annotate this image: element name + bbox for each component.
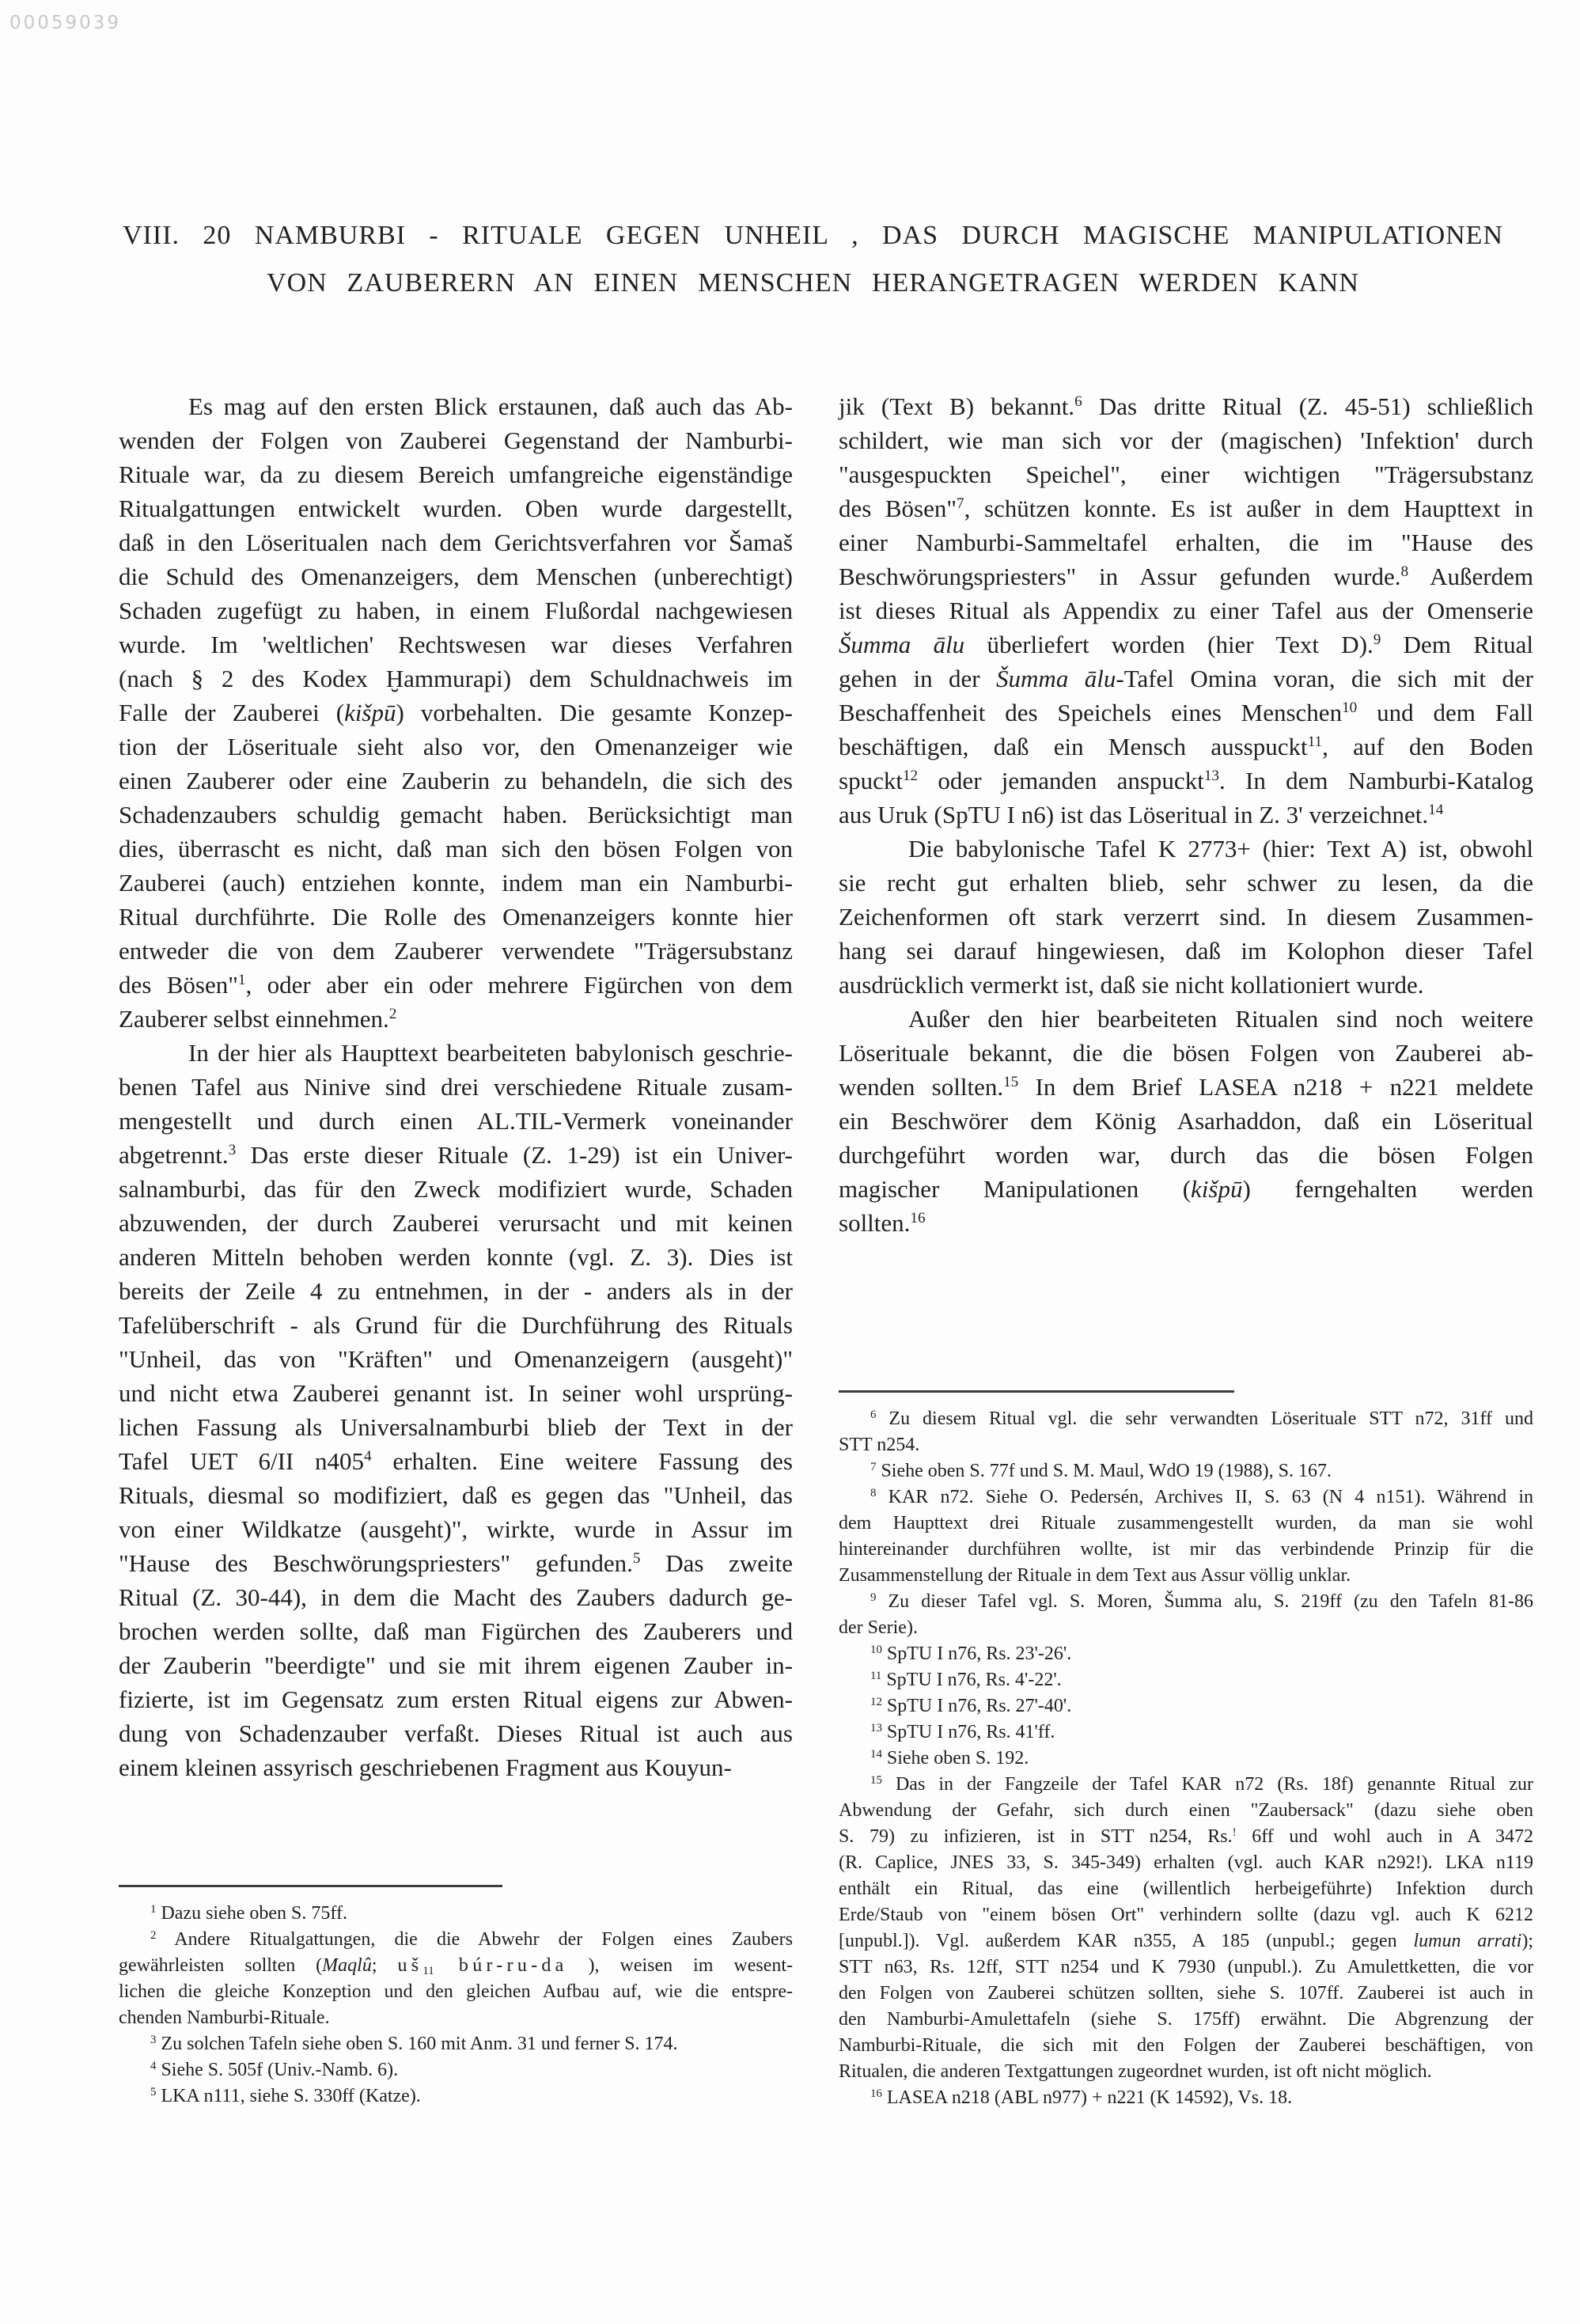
left-column-footnotes: 1 Dazu siehe oben S. 75ff.2 Andere Ritua… (119, 1901, 793, 2110)
text-line: hang sei darauf hingewiesen, daß im Kolo… (839, 934, 1533, 968)
footnote-line: dem Haupttext drei Rituale zusammengeste… (839, 1511, 1533, 1537)
footnote: 6 Zu diesem Ritual vgl. die sehr verwand… (839, 1406, 1533, 1458)
letterspaced-term: búr-ru-da (434, 1955, 568, 1976)
footnote: 3 Zu solchen Tafeln siehe oben S. 160 mi… (119, 2031, 793, 2057)
left-footnote-separator-rule (119, 1885, 502, 1887)
text-line: fizierte, ist im Gegensatz zum ersten Ri… (119, 1682, 793, 1716)
footnote-marker: ! (1233, 1826, 1237, 1839)
footnote-line: Erde/Staub von "einem bösen Ort" verhind… (839, 1902, 1533, 1928)
text-line: "ausgespuckten Speichel", einer wichtige… (839, 457, 1533, 491)
text-line: Ritual durchführte. Die Rolle des Omenan… (119, 900, 793, 934)
footnote: 5 LKA n111, siehe S. 330ff (Katze). (119, 2083, 793, 2110)
text-line: Beschaffenheit des Speichels eines Mensc… (839, 696, 1533, 730)
text-line: Die babylonische Tafel K 2773+ (hier: Te… (839, 832, 1533, 866)
footnote-line: 4 Siehe S. 505f (Univ.-Namb. 6). (119, 2057, 793, 2083)
text-line: "Unheil, das von "Kräften" und Omenanzei… (119, 1342, 793, 1376)
text-line: sie recht gut erhalten blieb, sehr schwe… (839, 866, 1533, 900)
title-line-2: VON ZAUBERERN AN EINEN MENSCHEN HERANGET… (123, 260, 1503, 307)
right-column-body: jik (Text B) bekannt.6 Das dritte Ritual… (839, 389, 1533, 1240)
text-line: die Schuld des Omenanzeigers, dem Mensch… (119, 559, 793, 593)
footnote-marker: 5 (150, 2086, 156, 2098)
footnote-line: 6 Zu diesem Ritual vgl. die sehr verwand… (839, 1406, 1533, 1432)
footnote-marker: 13 (870, 1722, 882, 1734)
footnote-line: Zusammenstellung der Rituale in dem Text… (839, 1563, 1533, 1589)
text-line: dung von Schadenzauber verfaßt. Dieses R… (119, 1716, 793, 1750)
text-line: einer Namburbi-Sammeltafel erhalten, die… (839, 525, 1533, 559)
footnote-line: gewährleisten sollten (Maqlû; uš11 búr-r… (119, 1953, 793, 1979)
title-line-1: VIII. 20 NAMBURBI - RITUALE GEGEN UNHEIL… (123, 212, 1503, 260)
footnote-marker: 6 (870, 1408, 876, 1421)
footnote-line: 7 Siehe oben S. 77f und S. M. Maul, WdO … (839, 1458, 1533, 1484)
footnote-marker: 8 (870, 1487, 876, 1499)
footnote-line: 11 SpTU I n76, Rs. 4'-22'. (839, 1667, 1533, 1693)
text-line: wenden der Folgen von Zauberei Gegenstan… (119, 423, 793, 457)
text-line: des Bösen"1, oder aber ein oder mehrere … (119, 968, 793, 1002)
footnote: 1 Dazu siehe oben S. 75ff. (119, 1901, 793, 1927)
footnote-marker: 7 (870, 1461, 876, 1473)
footnote-marker: 12 (870, 1696, 882, 1708)
footnote-line: 3 Zu solchen Tafeln siehe oben S. 160 mi… (119, 2031, 793, 2057)
text-line: des Bösen"7, schützen konnte. Es ist auß… (839, 491, 1533, 525)
footnote-line: 13 SpTU I n76, Rs. 41'ff. (839, 1719, 1533, 1746)
footnote-line: Namburbi-Rituale, die sich mit den Folge… (839, 2033, 1533, 2059)
footnote-marker: 2 (389, 1006, 397, 1022)
text-line: aus Uruk (SpTU I n6) ist das Löseritual … (839, 798, 1533, 832)
footnote-line: den Folgen von Zauberei schützen sollten… (839, 1981, 1533, 2007)
text-line: abzuwenden, der durch Zauberei verursach… (119, 1206, 793, 1240)
text-line: jik (Text B) bekannt.6 Das dritte Ritual… (839, 389, 1533, 423)
footnote-line: 9 Zu dieser Tafel vgl. S. Moren, Šumma a… (839, 1589, 1533, 1615)
text-line: der Zauberin "beerdigte" und sie mit ihr… (119, 1648, 793, 1682)
text-line: mengestellt und durch einen AL.TIL-Verme… (119, 1104, 793, 1138)
left-column-body: Es mag auf den ersten Blick erstaunen, d… (119, 389, 793, 1784)
text-line: daß in den Löseritualen nach dem Gericht… (119, 525, 793, 559)
footnote-line: 8 KAR n72. Siehe O. Pedersén, Archives I… (839, 1484, 1533, 1511)
text-line: Falle der Zauberei (kišpū) vorbehalten. … (119, 696, 793, 730)
footnote: 16 LASEA n218 (ABL n977) + n221 (K 14592… (839, 2085, 1533, 2111)
text-line: brochen werden sollte, daß man Figürchen… (119, 1614, 793, 1648)
footnote-line: 15 Das in der Fangzeile der Tafel KAR n7… (839, 1772, 1533, 1798)
footnote-line: (R. Caplice, JNES 33, S. 345-349) erhalt… (839, 1850, 1533, 1876)
text-line: abgetrennt.3 Das erste dieser Rituale (Z… (119, 1138, 793, 1172)
footnote-marker: 9 (870, 1591, 876, 1604)
footnote-line: 14 Siehe oben S. 192. (839, 1746, 1533, 1772)
text-line: benen Tafel aus Ninive sind drei verschi… (119, 1070, 793, 1104)
footnote-line: der Serie). (839, 1615, 1533, 1641)
text-line: Schaden zugefügt zu haben, in einem Fluß… (119, 593, 793, 627)
footnote-line: STT n63, Rs. 12ff, STT n254 und K 7930 (… (839, 1954, 1533, 1981)
footnote: 12 SpTU I n76, Rs. 27'-40'. (839, 1693, 1533, 1719)
text-line: wenden sollten.15 In dem Brief LASEA n21… (839, 1070, 1533, 1104)
paragraph: Außer den hier bearbeiteten Ritualen sin… (839, 1002, 1533, 1240)
text-line: einen Zauberer oder eine Zauberin zu beh… (119, 764, 793, 798)
text-line: In der hier als Haupttext bearbeiteten b… (119, 1036, 793, 1070)
footnote-marker: 13 (1204, 768, 1219, 784)
footnote-marker: 12 (903, 768, 918, 784)
right-column-footnotes: 6 Zu diesem Ritual vgl. die sehr verwand… (839, 1406, 1533, 2111)
footnote-marker: 5 (633, 1550, 641, 1567)
text-line: Rituals, diesmal so modifiziert, daß es … (119, 1478, 793, 1512)
footnote-marker: 1 (238, 972, 246, 988)
text-line: Rituale war, da zu diesem Bereich umfang… (119, 457, 793, 491)
footnote-marker: 4 (150, 2060, 156, 2072)
text-line: magischer Manipulationen (kišpū) ferngeh… (839, 1172, 1533, 1206)
footnote: 2 Andere Ritualgattungen, die die Abwehr… (119, 1927, 793, 2031)
footnote-marker: 7 (957, 495, 964, 512)
footnote: 10 SpTU I n76, Rs. 23'-26'. (839, 1641, 1533, 1667)
text-line: Schadenzaubers schuldig gemacht haben. B… (119, 798, 793, 832)
scan-number: 00059039 (9, 13, 121, 33)
footnote-line: STT n254. (839, 1432, 1533, 1458)
footnote-marker: 1 (150, 1903, 156, 1916)
text-line: "Hause des Beschwörungspriesters" gefund… (119, 1546, 793, 1580)
text-line: Zauberei (auch) entziehen konnte, indem … (119, 866, 793, 900)
footnote-marker: 3 (150, 2034, 156, 2046)
footnote-marker: 4 (364, 1448, 372, 1465)
footnote: 8 KAR n72. Siehe O. Pedersén, Archives I… (839, 1484, 1533, 1589)
italic-term: Šumma ālu (996, 665, 1116, 692)
text-line: Šumma ālu überliefert worden (hier Text … (839, 627, 1533, 662)
footnote-marker: 11 (1308, 734, 1323, 750)
text-line: von einer Wildkatze (ausgeht)", wirkte, … (119, 1512, 793, 1546)
text-line: spuckt12 oder jemanden anspuckt13. In de… (839, 764, 1533, 798)
footnote-marker: 16 (910, 1210, 925, 1226)
footnote: 13 SpTU I n76, Rs. 41'ff. (839, 1719, 1533, 1746)
footnote-line: 2 Andere Ritualgattungen, die die Abwehr… (119, 1927, 793, 1953)
footnote-marker: 3 (229, 1142, 237, 1158)
text-line: Tafel UET 6/II n4054 erhalten. Eine weit… (119, 1444, 793, 1478)
footnote: 7 Siehe oben S. 77f und S. M. Maul, WdO … (839, 1458, 1533, 1484)
text-line: Es mag auf den ersten Blick erstaunen, d… (119, 389, 793, 423)
letterspaced-term: uš (397, 1955, 422, 1976)
text-line: schildert, wie man sich vor der (magisch… (839, 423, 1533, 457)
text-line: ausdrücklich vermerkt ist, daß sie nicht… (839, 968, 1533, 1002)
footnote: 15 Das in der Fangzeile der Tafel KAR n7… (839, 1772, 1533, 2085)
italic-term: kišpū (344, 699, 396, 726)
paragraph: In der hier als Haupttext bearbeiteten b… (119, 1036, 793, 1784)
footnote-marker: 6 (1074, 393, 1082, 410)
footnote-marker: 2 (150, 1929, 156, 1942)
footnote-marker: 8 (1401, 563, 1409, 580)
footnote-marker: 10 (1342, 699, 1357, 716)
right-footnote-separator-rule (839, 1390, 1234, 1393)
footnote-marker: 15 (870, 1774, 882, 1787)
footnote-line: 10 SpTU I n76, Rs. 23'-26'. (839, 1641, 1533, 1667)
footnote: 4 Siehe S. 505f (Univ.-Namb. 6). (119, 2057, 793, 2083)
text-line: entweder die von dem Zauberer verwendete… (119, 934, 793, 968)
footnote-marker: 10 (870, 1643, 882, 1656)
text-line: durchgeführt worden war, durch das die b… (839, 1138, 1533, 1172)
text-line: lichen Fassung als Universalnamburbi bli… (119, 1410, 793, 1444)
text-line: Zeichenformen oft stark verzerrt sind. I… (839, 900, 1533, 934)
italic-term: lumun arrati (1413, 1931, 1521, 1951)
text-line: anderen Mitteln behoben werden konnte (v… (119, 1240, 793, 1274)
footnote: 14 Siehe oben S. 192. (839, 1746, 1533, 1772)
text-line: Ritual (Z. 30-44), in dem die Macht des … (119, 1580, 793, 1614)
text-line: tion der Löserituale sieht also vor, den… (119, 730, 793, 764)
footnote-line: 12 SpTU I n76, Rs. 27'-40'. (839, 1693, 1533, 1719)
italic-term: Šumma ālu (839, 631, 964, 658)
text-line: bereits der Zeile 4 zu entnehmen, in der… (119, 1274, 793, 1308)
footnote-marker: 16 (870, 2087, 882, 2100)
text-line: gehen in der Šumma ālu-Tafel Omina voran… (839, 662, 1533, 696)
page-title: VIII. 20 NAMBURBI - RITUALE GEGEN UNHEIL… (123, 212, 1503, 307)
text-line: Ritualgattungen entwickelt wurden. Oben … (119, 491, 793, 525)
footnote-marker: 11 (870, 1670, 881, 1682)
footnote-line: enthält ein Ritual, das eine (willentlic… (839, 1876, 1533, 1902)
text-line: wurde. Im 'weltlichen' Rechtswesen war d… (119, 627, 793, 662)
subscript: 11 (422, 1965, 434, 1977)
footnote-line: S. 79) zu infizieren, ist in STT n254, R… (839, 1824, 1533, 1850)
footnote: 9 Zu dieser Tafel vgl. S. Moren, Šumma a… (839, 1589, 1533, 1641)
text-line: Tafelüberschrift - als Grund für die Dur… (119, 1308, 793, 1342)
footnote-line: chenden Namburbi-Rituale. (119, 2005, 793, 2031)
italic-term: kišpū (1191, 1175, 1242, 1203)
footnote-marker: 9 (1374, 631, 1381, 648)
text-line: beschäftigen, daß ein Mensch ausspuckt11… (839, 730, 1533, 764)
footnote-line: 5 LKA n111, siehe S. 330ff (Katze). (119, 2083, 793, 2110)
paragraph: Es mag auf den ersten Blick erstaunen, d… (119, 389, 793, 1036)
text-line: einem kleinen assyrisch geschriebenen Fr… (119, 1750, 793, 1784)
footnote-line: den Namburbi-Amulettafeln (siehe S. 175f… (839, 2007, 1533, 2033)
text-line: Außer den hier bearbeiteten Ritualen sin… (839, 1002, 1533, 1036)
text-line: ist dieses Ritual als Appendix zu einer … (839, 593, 1533, 627)
footnote-line: [unpubl.]). Vgl. außerdem KAR n355, A 18… (839, 1928, 1533, 1954)
text-line: Löserituale bekannt, die die bösen Folge… (839, 1036, 1533, 1070)
paragraph: Die babylonische Tafel K 2773+ (hier: Te… (839, 832, 1533, 1002)
text-line: und nicht etwa Zauberei genannt ist. In … (119, 1376, 793, 1410)
text-line: ein Beschwörer dem König Asarhaddon, daß… (839, 1104, 1533, 1138)
text-line: Beschwörungspriesters" in Assur gefunden… (839, 559, 1533, 593)
footnote-line: 16 LASEA n218 (ABL n977) + n221 (K 14592… (839, 2085, 1533, 2111)
text-line: salnamburbi, das für den Zweck modifizie… (119, 1172, 793, 1206)
text-line: (nach § 2 des Kodex Ḫammurapi) dem Schul… (119, 662, 793, 696)
footnote-marker: 15 (1003, 1074, 1018, 1090)
footnote-marker: 14 (1428, 802, 1443, 818)
footnote-line: lichen die gleiche Konzeption und den gl… (119, 1979, 793, 2005)
italic-term: Maqlû (322, 1955, 372, 1976)
footnote-line: Ritualen, die anderen Textgattungen zuge… (839, 2059, 1533, 2085)
paragraph: jik (Text B) bekannt.6 Das dritte Ritual… (839, 389, 1533, 832)
footnote-line: hintereinander durchführen wollte, ist m… (839, 1537, 1533, 1563)
scanned-book-page: 00059039 VIII. 20 NAMBURBI - RITUALE GEG… (0, 0, 1580, 2324)
text-line: Zauberer selbst einnehmen.2 (119, 1002, 793, 1036)
text-line: dies, überrascht es nicht, daß man sich … (119, 832, 793, 866)
footnote-line: Abwendung der Gefahr, sich durch einen "… (839, 1798, 1533, 1824)
footnote: 11 SpTU I n76, Rs. 4'-22'. (839, 1667, 1533, 1693)
text-line: sollten.16 (839, 1206, 1533, 1240)
footnote-line: 1 Dazu siehe oben S. 75ff. (119, 1901, 793, 1927)
footnote-marker: 14 (870, 1748, 882, 1761)
